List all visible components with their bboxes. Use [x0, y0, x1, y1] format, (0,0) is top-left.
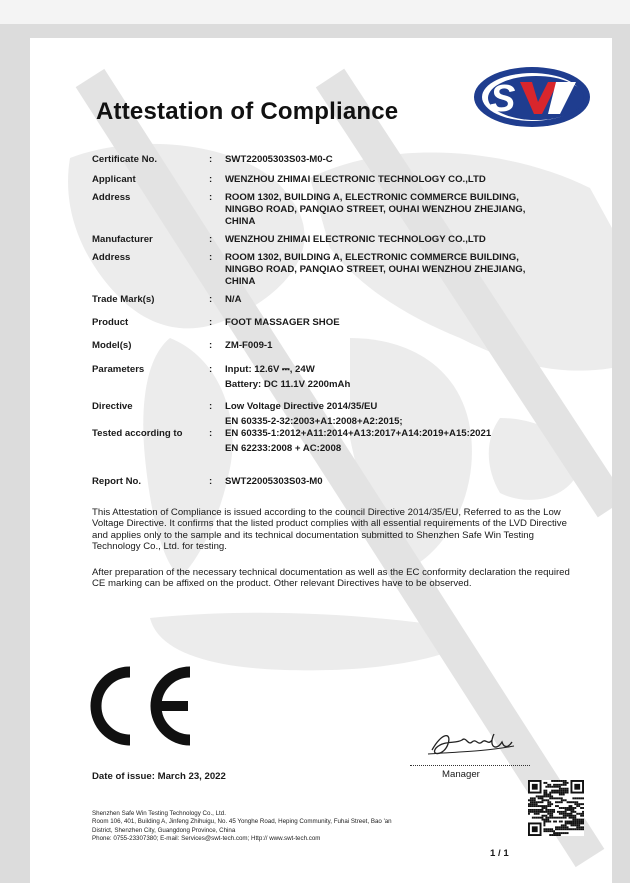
signature-line — [410, 765, 530, 766]
field-value: N/A — [225, 294, 585, 306]
field-value-line: Low Voltage Directive 2014/35/EU — [225, 401, 585, 413]
field-value-line: NINGBO ROAD, PANQIAO STREET, OUHAI WENZH… — [225, 204, 585, 216]
field-label: Model(s) — [92, 340, 202, 351]
field-label: Address — [92, 252, 202, 263]
footer-line: District, Shenzhen City, Guangdong Provi… — [92, 827, 512, 835]
field-value: FOOT MASSAGER SHOE — [225, 317, 585, 329]
company-footer: Shenzhen Safe Win Testing Technology Co.… — [92, 810, 512, 844]
field-value: ROOM 1302, BUILDING A, ELECTRONIC COMMER… — [225, 252, 585, 288]
qr-code — [528, 780, 584, 836]
field-value-line: EN 60335-2-32:2003+A1:2008+A2:2015; — [225, 416, 585, 428]
field-colon: : — [209, 317, 212, 328]
field-colon: : — [209, 364, 212, 375]
footer-line: Shenzhen Safe Win Testing Technology Co.… — [92, 810, 512, 818]
footer-line: Room 106, 401, Building A, Jinfeng Zhihu… — [92, 818, 512, 826]
field-value-line: SWT22005303S03-M0-C — [225, 154, 585, 166]
field-label: Applicant — [92, 174, 202, 185]
ce-marking-paragraph: After preparation of the necessary techn… — [92, 567, 580, 590]
field-label: Certificate No. — [92, 154, 202, 165]
certificate-page: Attestation of Compliance S Certificate … — [30, 38, 612, 883]
attestation-paragraph: This Attestation of Compliance is issued… — [92, 507, 580, 553]
field-label: Product — [92, 317, 202, 328]
field-value-line: CHINA — [225, 216, 585, 228]
field-value-line: N/A — [225, 294, 585, 306]
field-colon: : — [209, 340, 212, 351]
field-colon: : — [209, 401, 212, 412]
field-value-line: EN 60335-1:2012+A11:2014+A13:2017+A14:20… — [225, 428, 585, 440]
field-label: Manufacturer — [92, 234, 202, 245]
field-label: Report No. — [92, 476, 202, 487]
field-value-line: ROOM 1302, BUILDING A, ELECTRONIC COMMER… — [225, 192, 585, 204]
field-colon: : — [209, 174, 212, 185]
field-value: SWT22005303S03-M0-C — [225, 154, 585, 166]
page-number: 1 / 1 — [490, 848, 509, 859]
field-value: Input: 12.6V ⎓, 24WBattery: DC 11.1V 220… — [225, 364, 585, 391]
field-label: Directive — [92, 401, 202, 412]
field-value-line: NINGBO ROAD, PANQIAO STREET, OUHAI WENZH… — [225, 264, 585, 276]
swt-logo: S — [472, 62, 592, 132]
field-colon: : — [209, 154, 212, 165]
field-colon: : — [209, 476, 212, 487]
field-label: Address — [92, 192, 202, 203]
field-value-line: ZM-F009-1 — [225, 340, 585, 352]
field-colon: : — [209, 234, 212, 245]
field-value: SWT22005303S03-M0 — [225, 476, 585, 488]
svg-text:S: S — [490, 78, 515, 120]
viewer-top-bar — [0, 0, 630, 24]
field-colon: : — [209, 192, 212, 203]
field-value: Low Voltage Directive 2014/35/EUEN 60335… — [225, 401, 585, 428]
field-colon: : — [209, 428, 212, 439]
document-title: Attestation of Compliance — [96, 98, 398, 126]
field-value-line: Battery: DC 11.1V 2200mAh — [225, 379, 585, 391]
field-value-line: Input: 12.6V ⎓, 24W — [225, 364, 585, 376]
field-colon: : — [209, 252, 212, 263]
field-value-line: CHINA — [225, 276, 585, 288]
field-label: Parameters — [92, 364, 202, 375]
manager-label: Manager — [442, 769, 480, 780]
manager-signature — [422, 722, 522, 762]
field-value-line: FOOT MASSAGER SHOE — [225, 317, 585, 329]
field-label: Tested according to — [92, 428, 202, 439]
field-value-line: WENZHOU ZHIMAI ELECTRONIC TECHNOLOGY CO.… — [225, 174, 585, 186]
field-value-line: SWT22005303S03-M0 — [225, 476, 585, 488]
field-label: Trade Mark(s) — [92, 294, 202, 305]
field-value-line: EN 62233:2008 + AC:2008 — [225, 443, 585, 455]
field-value: ROOM 1302, BUILDING A, ELECTRONIC COMMER… — [225, 192, 585, 228]
field-value: WENZHOU ZHIMAI ELECTRONIC TECHNOLOGY CO.… — [225, 234, 585, 246]
footer-line: Phone: 0755-23307380; E-mail: Services@s… — [92, 835, 512, 843]
field-colon: : — [209, 294, 212, 305]
date-of-issue: Date of issue: March 23, 2022 — [92, 771, 226, 782]
field-value: WENZHOU ZHIMAI ELECTRONIC TECHNOLOGY CO.… — [225, 174, 585, 186]
ce-mark-icon — [90, 666, 200, 746]
field-value: EN 60335-1:2012+A11:2014+A13:2017+A14:20… — [225, 428, 585, 455]
field-value-line: ROOM 1302, BUILDING A, ELECTRONIC COMMER… — [225, 252, 585, 264]
field-value: ZM-F009-1 — [225, 340, 585, 352]
field-value-line: WENZHOU ZHIMAI ELECTRONIC TECHNOLOGY CO.… — [225, 234, 585, 246]
